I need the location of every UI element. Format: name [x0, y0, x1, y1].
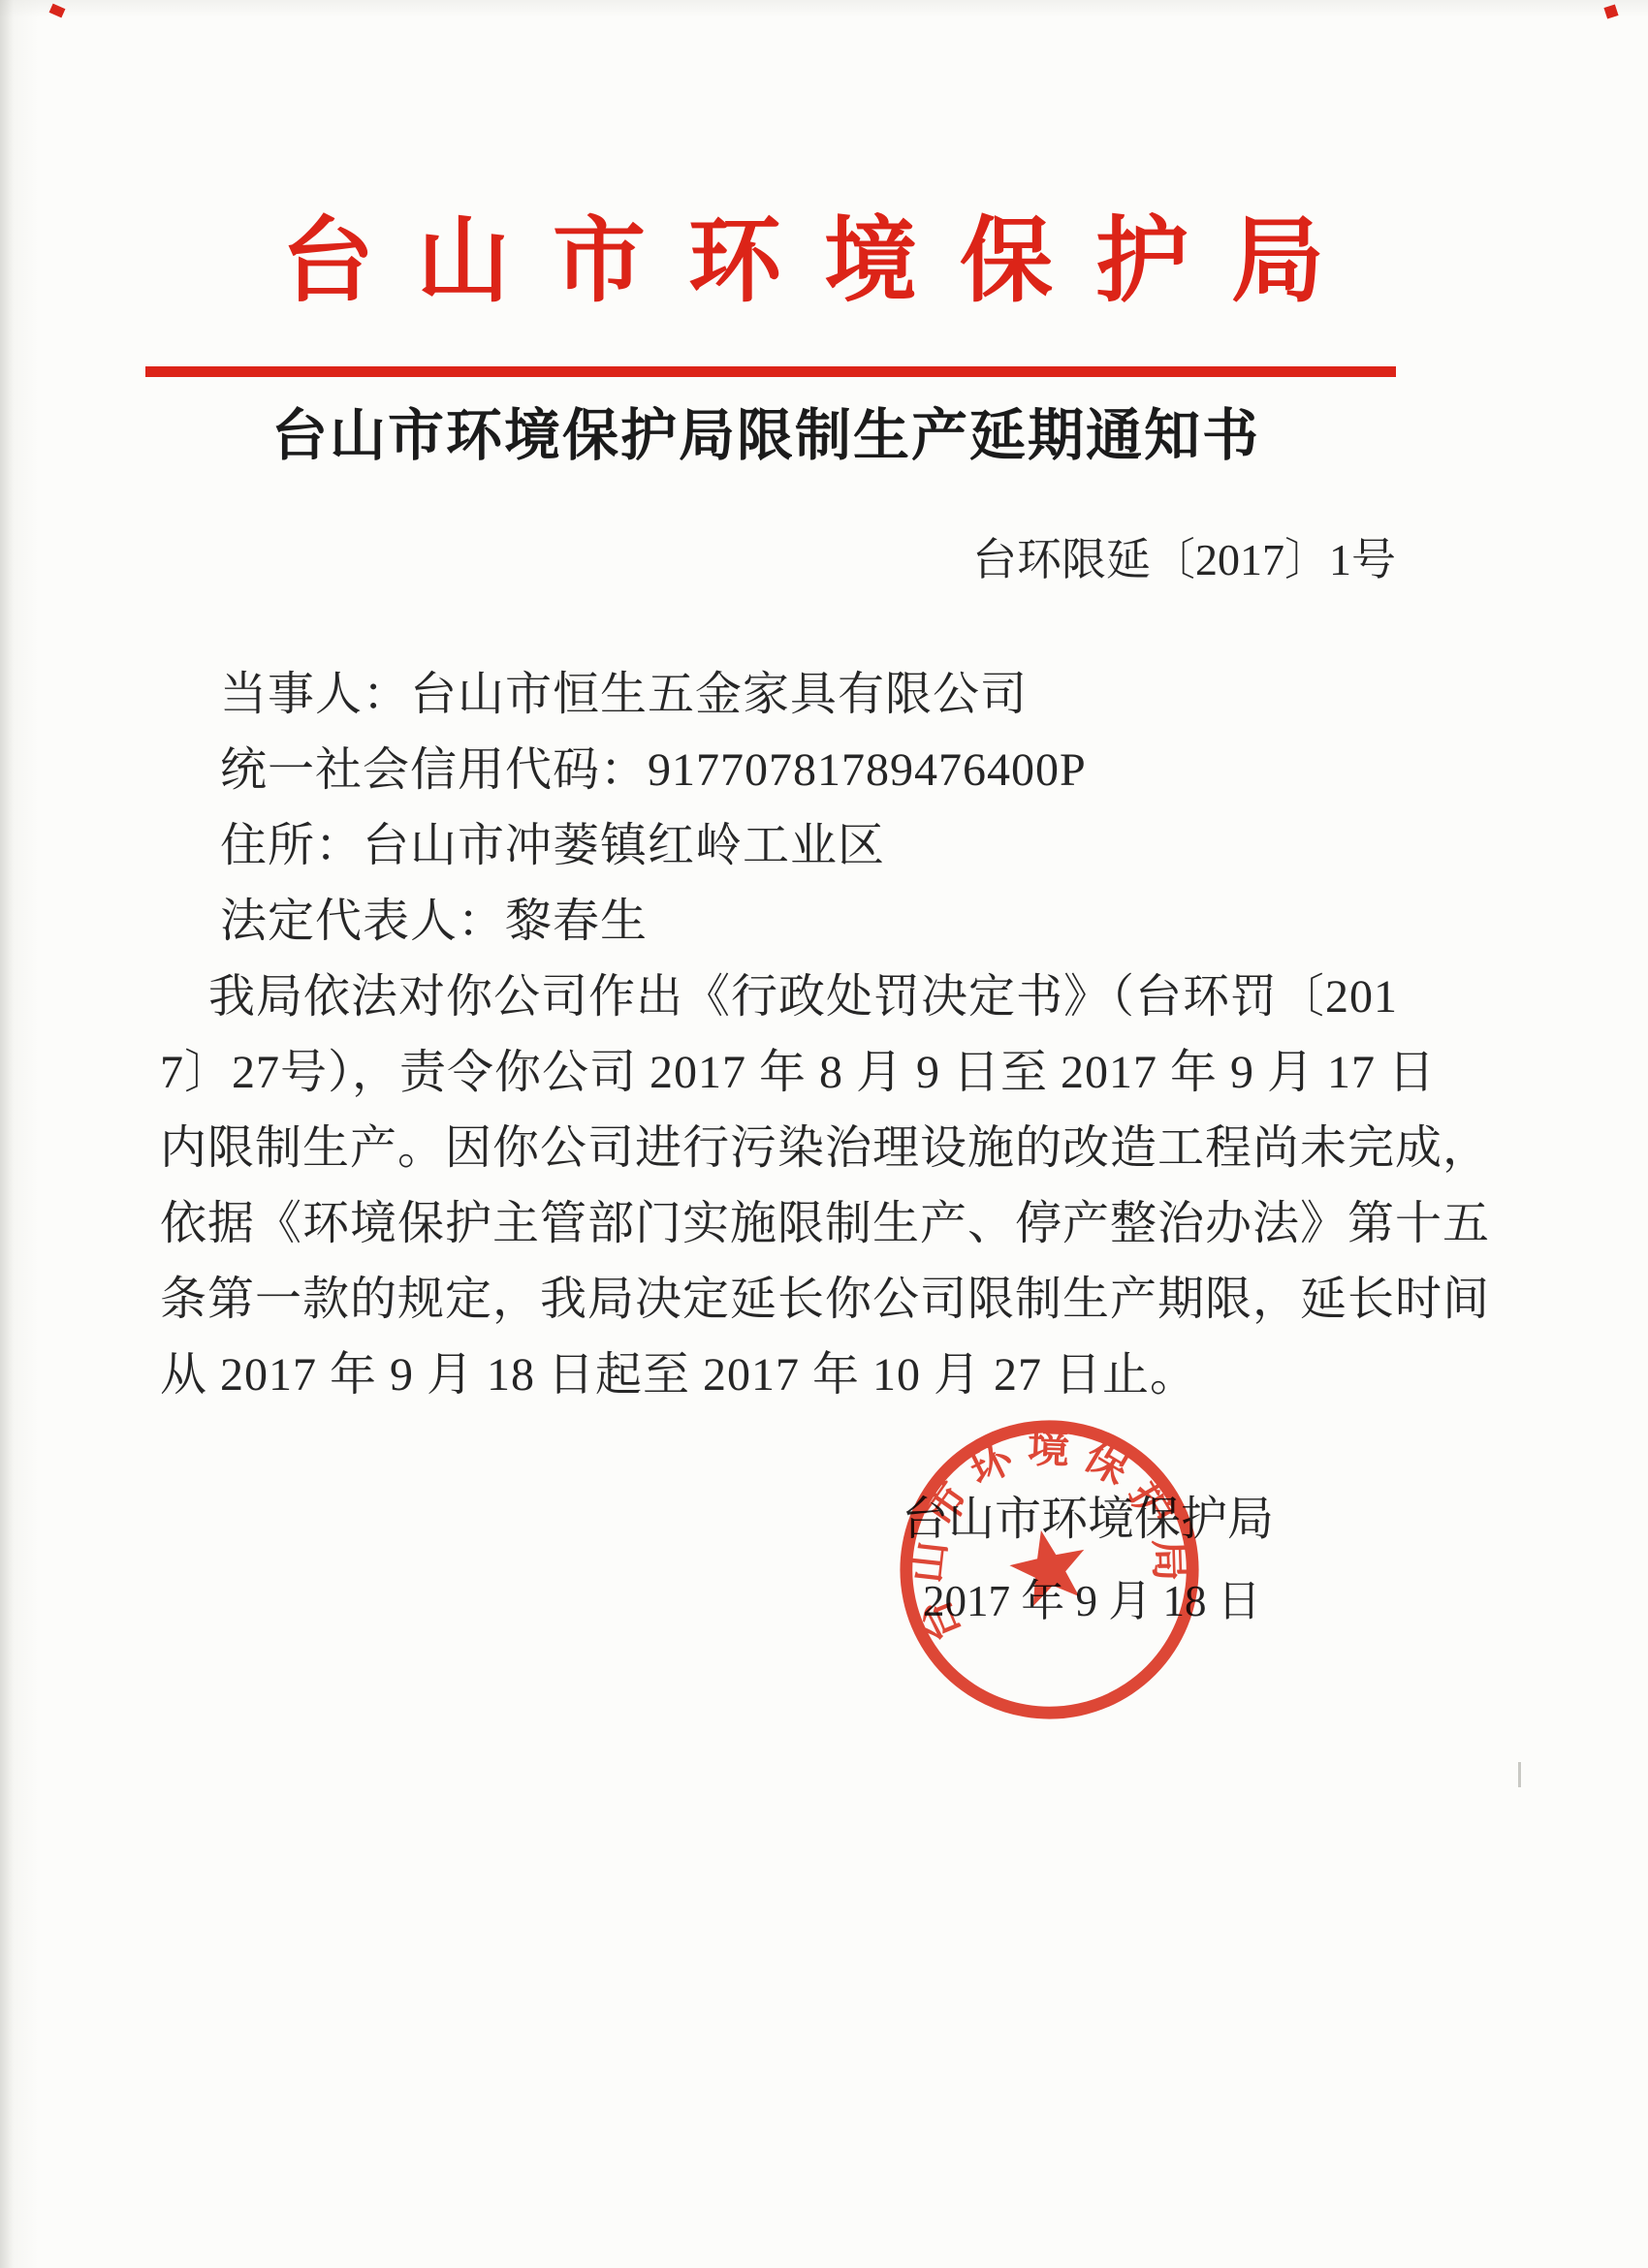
scan-artifact-mark — [1518, 1762, 1521, 1787]
official-seal: 台山市环境保护局 — [869, 1389, 1231, 1751]
body-line: 依据《环境保护主管部门实施限制生产、停产整治办法》第十五 — [160, 1186, 1496, 1262]
address-line: 住所：台山市冲蒌镇红岭工业区 — [160, 808, 1496, 884]
body-line: 内限制生产。因你公司进行污染治理设施的改造工程尚未完成， — [160, 1111, 1496, 1186]
letterhead-divider-rule — [145, 366, 1396, 377]
document-title: 台山市环境保护局限制生产延期通知书 — [0, 402, 1590, 470]
party-name-line: 当事人：台山市恒生五金家具有限公司 — [160, 657, 1496, 733]
credit-code-line: 统一社会信用代码：91770781789476400P — [160, 733, 1496, 808]
body-line: 我局依法对你公司作出《行政处罚决定书》（台环罚〔201 — [160, 960, 1496, 1035]
seal-text: 台山市环境保护局 — [876, 1397, 1203, 1651]
body-line: 从 2017 年 9 月 18 日起至 2017 年 10 月 27 日止。 — [160, 1338, 1496, 1413]
star-icon — [1003, 1523, 1093, 1610]
scan-artifact-speck — [49, 4, 66, 18]
body-line: 条第一款的规定，我局决定延长你公司限制生产期限，延长时间 — [160, 1262, 1496, 1338]
document-number: 台环限延〔2017〕1号 — [972, 531, 1396, 589]
scan-artifact-speck — [1603, 4, 1618, 18]
body-line: 7〕27号），责令你公司 2017 年 8 月 9 日至 2017 年 9 月 … — [160, 1035, 1496, 1111]
scanned-notice-page: 台山市环境保护局 台山市环境保护局限制生产延期通知书 台环限延〔2017〕1号 … — [0, 0, 1648, 2268]
legal-rep-line: 法定代表人：黎春生 — [160, 884, 1496, 960]
agency-letterhead: 台山市环境保护局 — [0, 199, 1648, 325]
document-body: 当事人：台山市恒生五金家具有限公司 统一社会信用代码：9177078178947… — [160, 657, 1496, 1413]
